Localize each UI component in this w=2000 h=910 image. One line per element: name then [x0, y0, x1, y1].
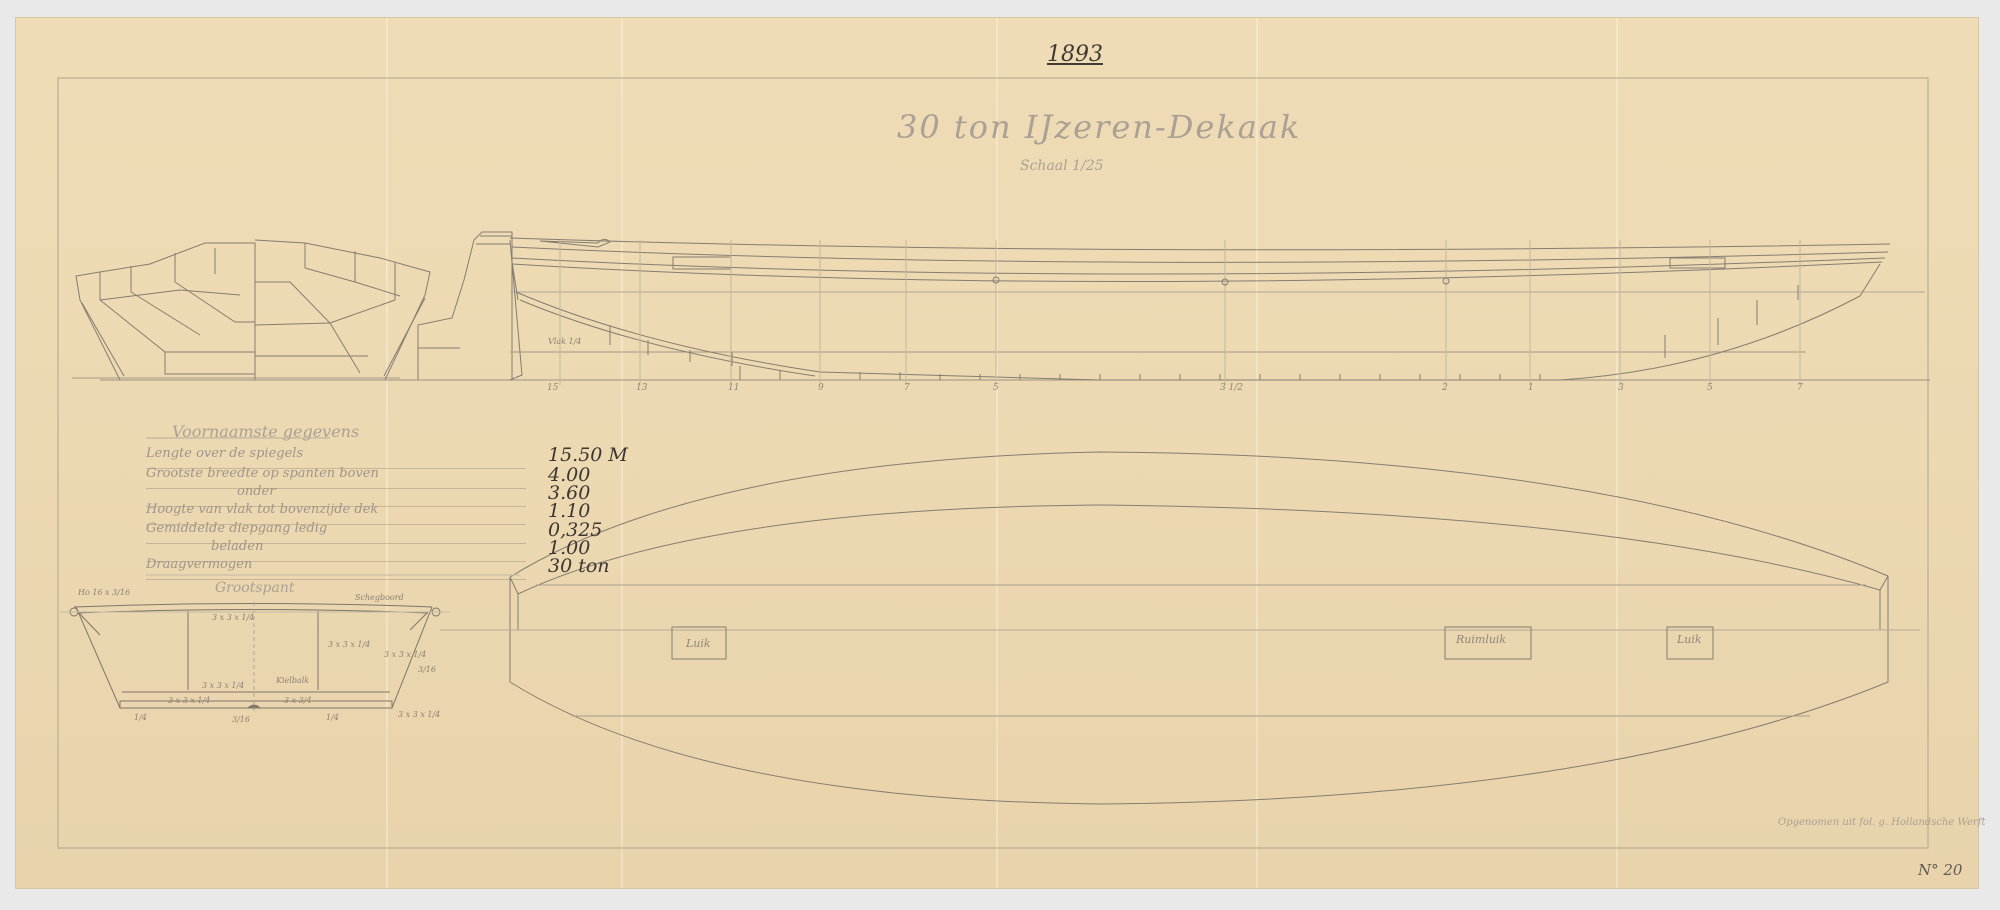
- section-heading: Grootspant: [215, 580, 295, 596]
- spec-label: onder: [146, 484, 275, 499]
- hatch-label: Luik: [686, 637, 711, 650]
- spec-value: 30 ton: [548, 555, 610, 577]
- station-label: 1: [1528, 383, 1534, 393]
- dim-label: 1/4: [134, 713, 147, 722]
- spec-value: 15.50 M: [548, 444, 628, 466]
- station-label: 13: [636, 383, 647, 393]
- stem-block: [418, 232, 512, 380]
- station-label: 5: [1707, 383, 1713, 393]
- station-label: 7: [1797, 383, 1803, 393]
- footer-note: Opgenomen uit fol. g. Hollandsche Werft: [1778, 817, 1985, 828]
- dim-label: 3 x 3 x 1/4: [212, 613, 254, 622]
- dim-label: 3/16: [418, 665, 436, 674]
- dim-label: 3 x 3 x 1/4: [202, 681, 244, 690]
- station-label: 11: [728, 383, 739, 393]
- station-label: 3: [1618, 383, 1624, 393]
- spec-label: Lengte over de spiegels: [146, 446, 303, 461]
- station-label: 9: [818, 383, 824, 393]
- spec-heading: Voornaamste gegevens: [172, 422, 359, 441]
- stem-annotation: Vlak 1/4: [548, 337, 581, 346]
- dim-label: Kielbalk: [276, 676, 309, 685]
- sheet-number: N° 20: [1918, 861, 1962, 879]
- dim-label: 3 x 3 x 1/4: [384, 650, 426, 659]
- spec-label: Draagvermogen: [146, 557, 252, 572]
- spec-label: Hoogte van vlak tot bovenzijde dek: [146, 502, 378, 517]
- drawing-year: 1893: [1047, 42, 1103, 67]
- station-label: 7: [904, 383, 910, 393]
- deck-plan: [440, 452, 1920, 804]
- dim-label: Ho 16 x 3/16: [78, 588, 130, 597]
- spec-row: Draagvermogen 30 ton: [146, 557, 526, 580]
- spec-label: Grootste breedte op spanten boven: [146, 466, 379, 481]
- station-label: 2: [1442, 383, 1448, 393]
- dim-label: Schegboord: [355, 593, 404, 602]
- station-label: 5: [993, 383, 999, 393]
- drawing-title: 30 ton IJzeren-Dekaak: [897, 108, 1301, 146]
- dim-label: 3 x 3 x 1/4: [328, 640, 370, 649]
- drawing-scale: Schaal 1/25: [1020, 158, 1104, 174]
- sheer-plan: [100, 236, 1930, 385]
- hatch-label: Ruimluik: [1456, 633, 1506, 646]
- dim-label: 3 x 3 x 1/4: [168, 696, 210, 705]
- dim-label: 3 x 3/4: [284, 696, 312, 705]
- station-label: 3 1/2: [1220, 383, 1243, 393]
- station-label: 15: [547, 383, 558, 393]
- dim-label: 1/4: [326, 713, 339, 722]
- dim-label: 3 x 3 x 1/4: [398, 710, 440, 719]
- hatch-label: Luik: [1677, 633, 1702, 646]
- dim-label: 3/16: [232, 715, 250, 724]
- body-plan: [72, 240, 430, 380]
- spec-label: Gemiddelde diepgang ledig: [146, 521, 327, 536]
- spec-label: beladen: [146, 539, 263, 554]
